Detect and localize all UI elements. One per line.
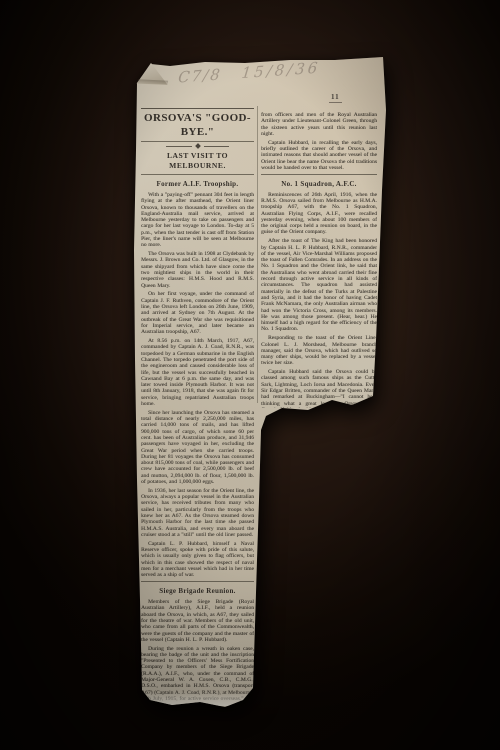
ornament-row	[166, 144, 228, 148]
handwritten-date: 15/8/36	[241, 58, 322, 82]
headline-top-rule	[141, 108, 254, 109]
article-paragraph: Captain L. P. Hubbard, himself a Naval R…	[141, 541, 254, 579]
squadron-heading: No. 1 Squadron, A.F.C.	[261, 180, 377, 189]
siege-heading: Siege Brigade Reunion.	[141, 587, 254, 596]
article-paragraph: Members of the Siege Brigade (Royal Aust…	[141, 599, 254, 643]
article-paragraph: With a "paying-off" pennant 304 feet in …	[141, 192, 254, 249]
handwritten-annotation: C7/8 15/8/36	[177, 55, 363, 86]
article-paragraph: Reminiscences of 26th April, 1916, when …	[261, 192, 377, 236]
article-paragraph: Captain Hubbard, in recalling the early …	[261, 140, 377, 171]
siege-section-rule	[141, 581, 254, 582]
page-number: 11	[329, 93, 342, 103]
article-paragraph: In 1936, her last season for the Orient …	[141, 488, 254, 538]
article-paragraph: At 8.56 p.m. on 14th March, 1917, A67, c…	[141, 338, 254, 407]
newspaper-clipping: C7/8 15/8/36 11 ORSOVA'S "GOOD-BYE." LAS…	[0, 0, 500, 750]
clipping-shadow: C7/8 15/8/36 11 ORSOVA'S "GOOD-BYE." LAS…	[0, 0, 500, 750]
ornament-line	[204, 146, 229, 147]
photo-background: C7/8 15/8/36 11 ORSOVA'S "GOOD-BYE." LAS…	[0, 0, 500, 750]
article-paragraph: Responding to the toast of the Orient Li…	[261, 335, 377, 366]
left-column: ORSOVA'S "GOOD-BYE." LAST VISIT TO MELBO…	[141, 106, 254, 702]
subheadline-rule	[141, 174, 254, 175]
headline: ORSOVA'S "GOOD-BYE."	[141, 111, 254, 139]
right-column: from officers and men of the Royal Austr…	[261, 112, 377, 408]
article-paragraph: During the reunion a wreath in oaken cas…	[141, 646, 254, 702]
article-paragraph: from officers and men of the Royal Austr…	[261, 112, 377, 137]
article-paragraph: On her first voyage, under the command o…	[141, 291, 254, 335]
diamond-ornament-icon	[195, 143, 201, 149]
article-paragraph: The Orsova was built in 1908 at Clydeban…	[141, 251, 254, 289]
squadron-section-rule	[261, 174, 377, 175]
column-divider	[257, 106, 258, 403]
ornament-line	[166, 146, 191, 147]
handwritten-mark: C7/8	[177, 65, 222, 86]
article-paragraph: After the toast of The King had been hon…	[261, 238, 377, 332]
article-paragraph: Captain Hubbard said the Orsova could be…	[261, 369, 377, 408]
article-paragraph: Since her launching the Orsova has steam…	[141, 410, 254, 486]
crosshead: Former A.I.F. Troopship.	[141, 180, 254, 189]
subheadline: LAST VISIT TO MELBOURNE.	[141, 151, 254, 171]
